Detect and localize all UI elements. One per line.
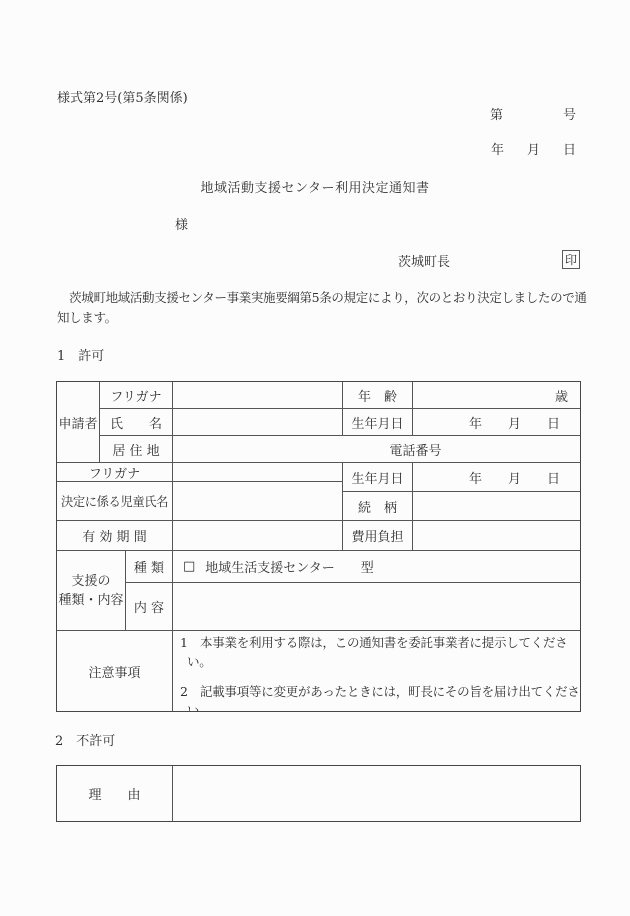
birth-value-cell: 年 月 日 [413, 409, 580, 436]
denial-table: 理 由 [56, 765, 581, 822]
date-month-label: 月 [527, 139, 540, 158]
reason-row: 理 由 [57, 766, 580, 821]
table-row: 内 容 [126, 583, 580, 631]
child-name-label-cell: 決定に係る児童氏名 [57, 482, 173, 521]
validity-value-cell [173, 521, 343, 551]
validity-label-cell: 有 効 期 間 [57, 521, 173, 551]
cost-value-cell [413, 521, 580, 551]
type-suffix-text: 型 [361, 557, 374, 576]
document-page: 様式第2号(第5条関係) 第 号 年 月 日 地域活動支援センター利用決定通知書… [0, 0, 630, 916]
support-rowgroup: 支援の 種類・内容 種 類 □ 地域生活支援センター 型 内 容 [57, 551, 580, 631]
support-group-label-cell: 支援の 種類・内容 [57, 551, 126, 631]
furigana-value-cell [173, 382, 343, 409]
cost-label-cell: 費用負担 [343, 521, 413, 551]
table-row: 生年月日 年 月 日 [343, 463, 580, 492]
date-day-label: 日 [563, 139, 576, 158]
table-row: 居 住 地 電話番号 [100, 436, 580, 463]
table-row: 決定に係る児童氏名 [57, 482, 343, 521]
type-option-text: 地域生活支援センター [205, 557, 334, 576]
form-reference: 様式第2号(第5条関係) [57, 87, 188, 106]
seal-mark: 印 [565, 251, 577, 268]
table-row: フリガナ 年 齢 歳 [100, 382, 580, 409]
issuer-name: 茨城町長 [398, 251, 450, 270]
permit-table: 申請者 フリガナ 年 齢 歳 氏 名 生年月日 年 月 日 居 住 地 電話番号 [56, 381, 581, 712]
section-permit-heading: 1 許可 [57, 345, 104, 364]
table-row: 氏 名 生年月日 年 月 日 [100, 409, 580, 436]
address-label-cell: 居 住 地 [100, 436, 173, 463]
name-value-cell [173, 409, 343, 436]
age-unit-cell: 歳 [413, 382, 580, 409]
age-label-cell: 年 齢 [343, 382, 413, 409]
notes-value-cell: 1 本事業を利用する際は，この通知書を委託事業者に提示してくださ い。 2 記載… [173, 631, 580, 711]
notes-label-cell: 注意事項 [57, 631, 173, 711]
table-row: 種 類 □ 地域生活支援センター 型 [126, 551, 580, 583]
date-line: 年 月 日 [491, 139, 581, 158]
reason-value-cell [173, 766, 580, 821]
applicant-rowgroup: 申請者 フリガナ 年 齢 歳 氏 名 生年月日 年 月 日 居 住 地 電話番号 [57, 382, 580, 463]
furigana-label-cell: フリガナ [100, 382, 173, 409]
doc-number-prefix: 第 [490, 104, 503, 123]
date-year-label: 年 [491, 139, 504, 158]
notes-row: 注意事項 1 本事業を利用する際は，この通知書を委託事業者に提示してくださ い。… [57, 631, 580, 711]
child-rowgroup: フリガナ 決定に係る児童氏名 生年月日 年 月 日 続 柄 [57, 463, 580, 521]
table-row: 続 柄 [343, 492, 580, 521]
section-denial-heading: 2 不許可 [55, 730, 115, 749]
relation-value-cell [413, 492, 580, 521]
doc-number-suffix: 号 [563, 104, 576, 123]
child-birth-value-cell: 年 月 日 [413, 463, 580, 492]
address-phone-cell: 電話番号 [173, 436, 580, 463]
name-label-cell: 氏 名 [100, 409, 173, 436]
content-label-cell: 内 容 [126, 583, 173, 631]
checkbox-icon: □ [183, 559, 195, 574]
note-item-1: 1 本事業を利用する際は，この通知書を委託事業者に提示してくださ い。 [180, 633, 574, 671]
child-furigana-value-cell [173, 463, 343, 482]
applicant-label-cell: 申請者 [57, 382, 100, 463]
document-number-line: 第 号 [490, 104, 581, 123]
table-row: フリガナ [57, 463, 343, 482]
type-value-cell: □ 地域生活支援センター 型 [173, 551, 580, 583]
note-item-2: 2 記載事項等に変更があったときには，町長にその旨を届け出てくださ い。 [180, 682, 574, 711]
body-paragraph: 茨城町地域活動支援センター事業実施要綱第5条の規定により，次のとおり決定しました… [57, 288, 597, 328]
reason-label-cell: 理 由 [57, 766, 173, 821]
document-title: 地域活動支援センター利用決定通知書 [0, 177, 630, 196]
child-birth-label-cell: 生年月日 [343, 463, 413, 492]
content-value-cell [173, 583, 580, 631]
type-label-cell: 種 類 [126, 551, 173, 583]
relation-label-cell: 続 柄 [343, 492, 413, 521]
validity-row: 有 効 期 間 費用負担 [57, 521, 580, 551]
addressee-honorific: 様 [175, 214, 188, 233]
seal-box: 印 [562, 250, 580, 269]
birth-label-cell: 生年月日 [343, 409, 413, 436]
child-furigana-label-cell: フリガナ [57, 463, 173, 482]
child-name-value-cell [173, 482, 343, 521]
